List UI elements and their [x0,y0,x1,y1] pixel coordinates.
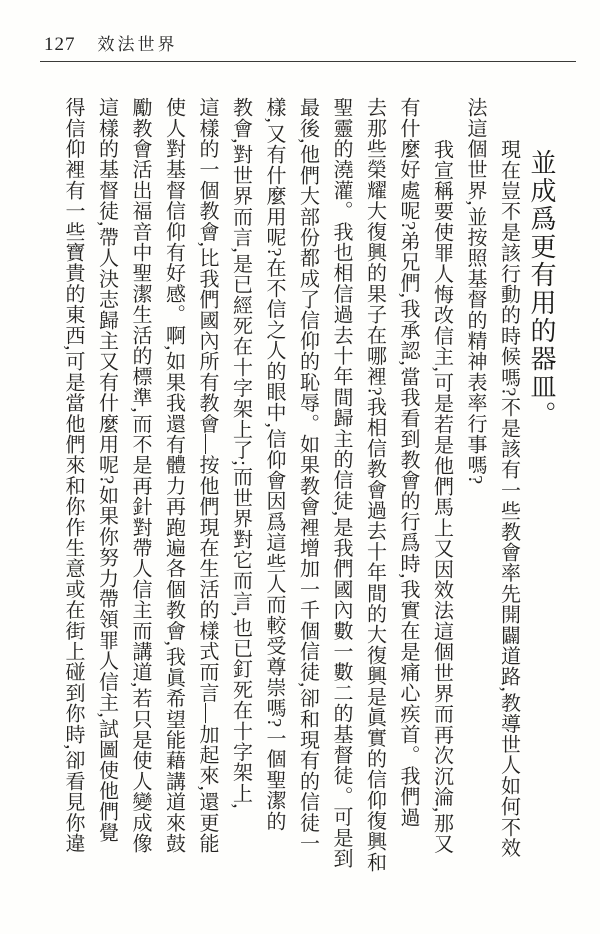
vertical-text-column: 教會,對世界而言,是已經死在十字架上了;而世界對它而言,也已釘死在十字架上, [224,97,257,925]
section-heading-column: 並成爲更有用的器皿。 [525,97,558,925]
vertical-text-column: 最後,他們大部份都成了信仰的恥辱。如果教會裡增加一千個信徒,卻和現有的信徒一 [291,97,324,925]
vertical-text-column: 聖靈的澆灌。我也相信過去十年間歸主的信徒,是我們國內數一數二的基督徒。可是到 [324,97,357,925]
page-header: 127 效法世界 [44,30,570,56]
vertical-text-column: 有什麼好處呢?弟兄們,我承認,當我看到教會的行爲時,我實在是痛心疾首。我們過 [391,97,424,925]
vertical-text-column: 勵教會活出福音中聖潔生活的標準,而不是再針對帶人信主而講道,若只是使人變成像 [123,97,156,925]
vertical-text-body: 並成爲更有用的器皿。 現在豈不是該行動的時候嗎?不是該有一些教會率先開闢道路,教… [56,97,558,925]
scanned-book-page: 127 效法世界 並成爲更有用的器皿。 現在豈不是該行動的時候嗎?不是該有一些教… [0,0,600,934]
vertical-text-column: 現在豈不是該行動的時候嗎?不是該有一些教會率先開闢道路,教導世人如何不效 [492,97,525,925]
vertical-text-column: 樣,又有什麼用呢?在不信之人的眼中,信仰會因爲這些人而較受尊崇嗎?一個聖潔的 [257,97,290,925]
vertical-text-column: 得信仰裡有一些寶貴的東西,可是當他們來和你作生意或在街上碰到你時,卻看見你違 [56,97,89,925]
vertical-text-column: 使人對基督信仰有好感。啊,如果我還有體力再跑遍各個教會,我眞希望能藉講道來鼓 [157,97,190,925]
vertical-text-column: 這樣的基督徒,帶人決志歸主又有什麼用呢?如果你努力帶領罪人信主,試圖使他們覺 [90,97,123,925]
vertical-text-column: 法這個世界,並按照基督的精神表率行事嗎? [458,97,491,925]
header-rule [40,61,576,62]
vertical-text-column: 我宣稱要使罪人悔改信主,可是若是他們馬上又因效法這個世界而再次沉淪,那又 [425,97,458,925]
vertical-text-column: 去那些榮耀大復興的果子在哪裡?我相信教會過去十年間的大復興是眞實的信仰復興和 [358,97,391,925]
page-number: 127 [44,34,76,56]
running-title: 效法世界 [98,30,178,55]
vertical-text-column: 這樣的一個教會,比我們國內所有教會—按他們現在生活的樣式而言—加起來,還更能 [190,97,223,925]
